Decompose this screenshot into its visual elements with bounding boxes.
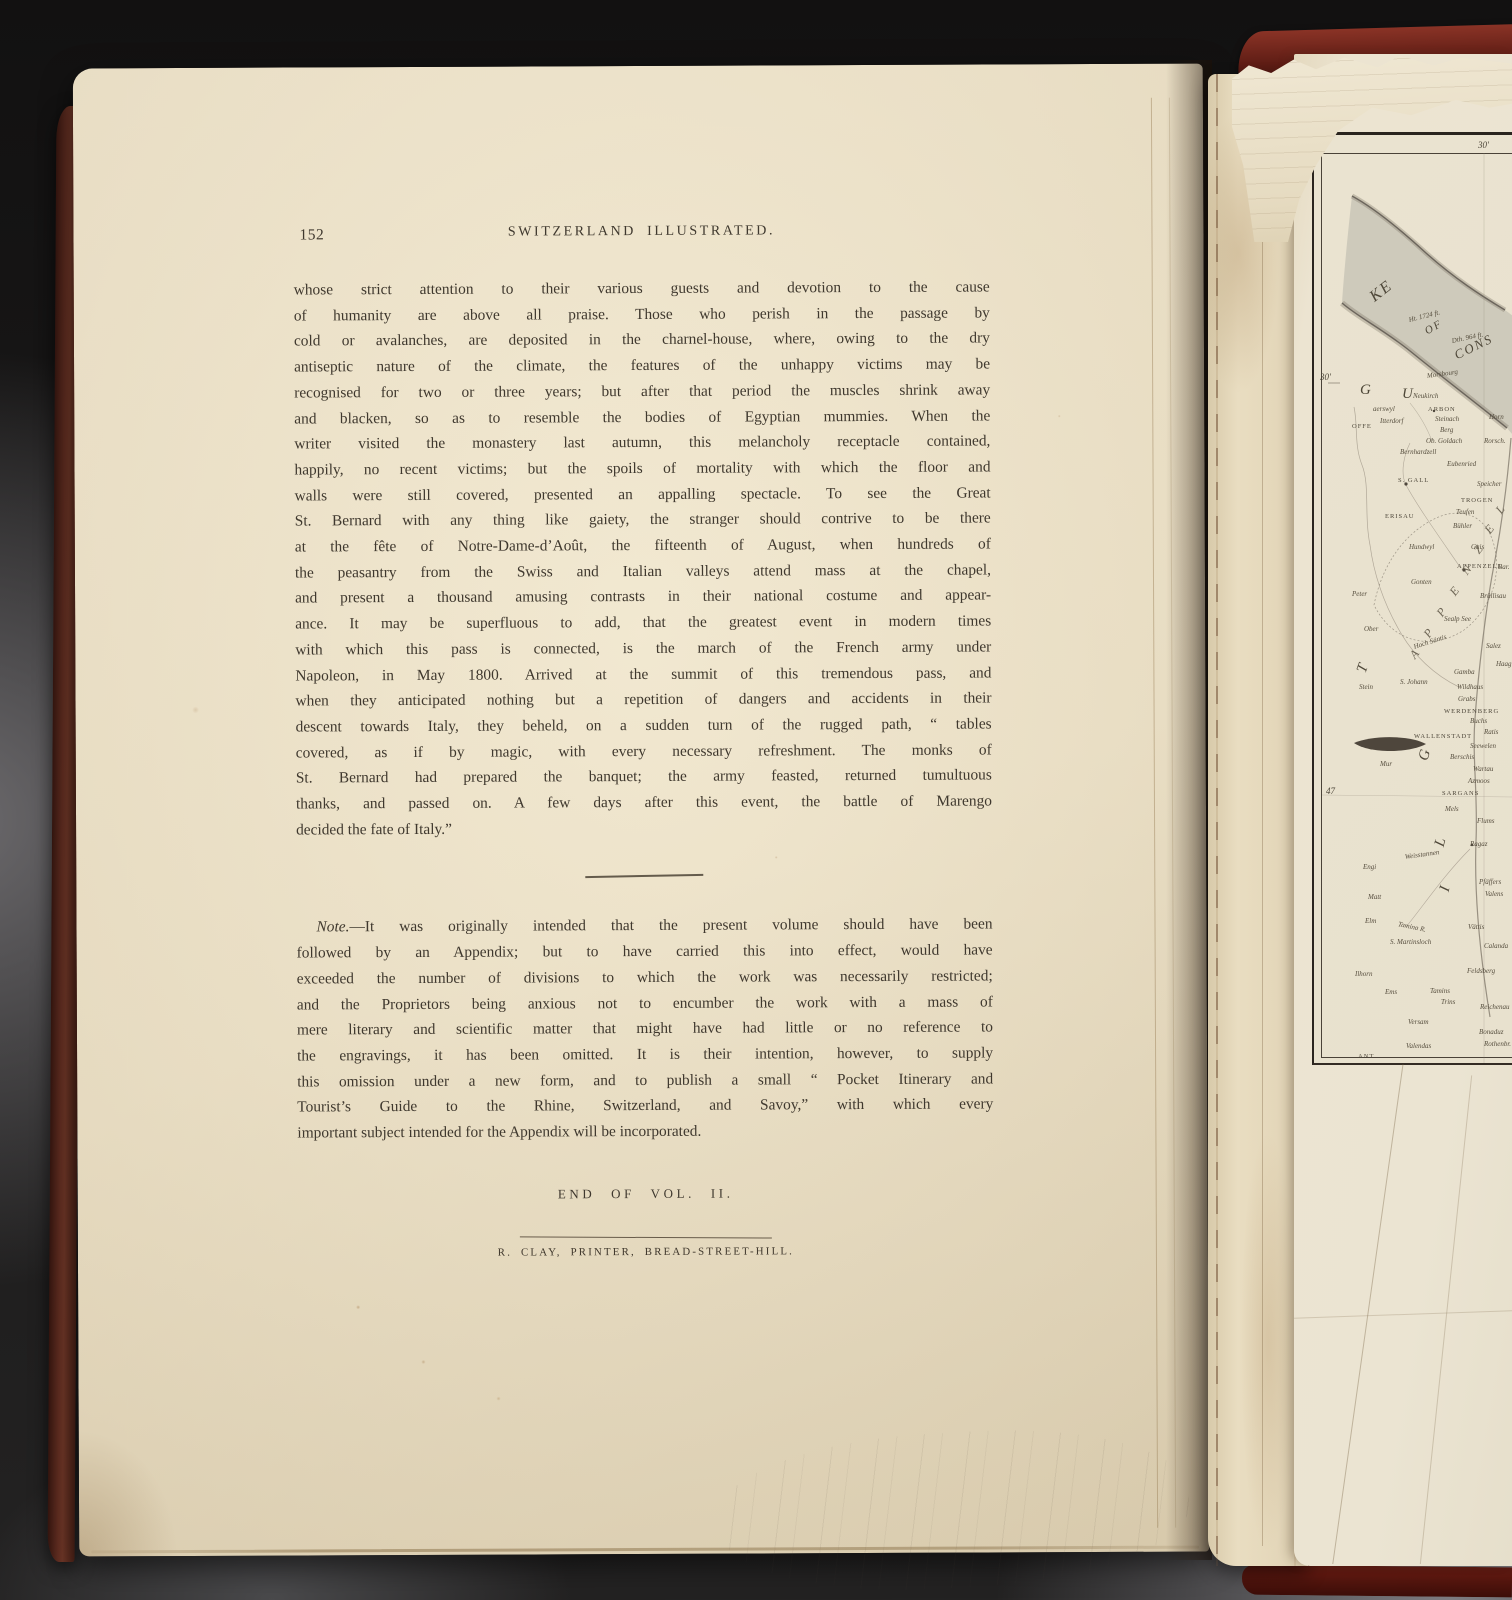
crease-line	[1417, 1075, 1472, 1564]
text-line: writer visited the monastery last autumn…	[294, 429, 990, 458]
map-label: Mels	[1445, 806, 1459, 813]
text-line: St. Bernard had prepared the banquet; th…	[296, 763, 992, 792]
page-header: 152 SWITZERLAND ILLUSTRATED.	[293, 222, 989, 245]
map-label: Azmoos	[1468, 778, 1490, 785]
pencil-scuff-marks	[715, 1419, 1193, 1600]
text-line: descent towards Italy, they beheld, on a…	[296, 711, 992, 740]
map-label: Speicher	[1477, 481, 1502, 488]
map-label: S. Johann	[1400, 679, 1428, 686]
map-label: Teufen	[1456, 509, 1474, 516]
map-label: KE	[1367, 278, 1396, 306]
map-label: Ragaz	[1470, 841, 1488, 848]
map-label: Ober	[1364, 626, 1378, 633]
map-label: TROGEN	[1461, 498, 1493, 505]
map-label: Gonten	[1411, 579, 1432, 586]
text-line: the peasantry from the Swiss and Italian…	[295, 557, 991, 586]
text-line: whose strict attention to their various …	[294, 274, 990, 303]
map-label: P	[1434, 606, 1448, 619]
map-label: Rorsch.	[1484, 438, 1506, 445]
text-line: Note.—It was originally intended that th…	[296, 912, 992, 941]
map-label: Grabs	[1458, 696, 1476, 703]
text-line: and the Proprietors being anxious not to…	[297, 989, 993, 1018]
map-label: Elm	[1365, 918, 1376, 925]
map-label: Stein	[1359, 684, 1373, 691]
map-label: P	[1421, 627, 1435, 640]
folded-map-sheet: 30'30'47KEOFCONSHt. 1724 ft.Dth. 964 ft.…	[1294, 54, 1512, 1566]
map-label: Wartau	[1473, 766, 1493, 773]
map-label: aerswyl	[1373, 406, 1395, 413]
text-line: mere literary and scientific matter that…	[297, 1015, 993, 1044]
map-label: Ilhorn	[1355, 971, 1373, 978]
map-label: Tamina R.	[1397, 921, 1426, 934]
map-label: Feldsberg	[1467, 968, 1495, 975]
map-label: Eubenried	[1447, 461, 1476, 468]
text-line: of humanity are above all praise. Those …	[294, 300, 990, 329]
map-label: Salez	[1486, 643, 1501, 650]
text-line: happily, no recent victims; but the spoi…	[294, 454, 990, 483]
map-label: Versam	[1408, 1019, 1429, 1026]
map-label: Seewelen	[1470, 743, 1496, 750]
text-line: the engravings, it has been omitted. It …	[297, 1040, 993, 1069]
map-frame: 30'30'47KEOFCONSHt. 1724 ft.Dth. 964 ft.…	[1312, 132, 1512, 1065]
map-label: OF	[1423, 318, 1445, 337]
end-of-volume-line: END OF VOL. II.	[298, 1184, 994, 1203]
text-line: decided the fate of Italy.”	[296, 814, 992, 843]
map-label: ARBON	[1428, 407, 1456, 414]
map-label: L	[1433, 835, 1450, 849]
map-label: WALLENSTADT	[1414, 734, 1472, 741]
map-label: Itterdorf	[1380, 418, 1403, 425]
crease-line	[1262, 84, 1263, 1546]
map-label: T	[1355, 660, 1373, 675]
photo-of-open-book: 152 SWITZERLAND ILLUSTRATED. whose stric…	[0, 0, 1512, 1600]
map-label: Tamins	[1430, 988, 1450, 995]
note-paragraph: Note.—It was originally intended that th…	[296, 912, 993, 1146]
crease-line	[1294, 1310, 1512, 1319]
page-number: 152	[299, 226, 324, 244]
map-label: Ratis	[1484, 729, 1498, 736]
map-label: G	[1360, 383, 1373, 398]
map-label: ANT	[1358, 1054, 1374, 1061]
text-line: and blacken, so as to resemble the bodie…	[294, 403, 990, 432]
map-label: Flums	[1477, 818, 1495, 825]
section-divider-rule	[585, 874, 703, 878]
text-line: thanks, and passed on. A few days after …	[296, 789, 992, 818]
text-line: walls were still covered, presented an a…	[295, 480, 991, 509]
map-label: Peter	[1352, 591, 1367, 598]
map-label: Buchs	[1470, 718, 1487, 725]
map-label: 30'	[1478, 141, 1489, 150]
map-label: Steinach	[1435, 416, 1459, 423]
map-label: Weisstannen	[1405, 849, 1440, 861]
imprint-rule	[520, 1236, 772, 1238]
map-label: Bonaduz	[1479, 1029, 1504, 1036]
map-label: G	[1417, 746, 1435, 762]
map-label: Haag	[1496, 661, 1512, 668]
map-label: Morsbourg	[1427, 369, 1459, 380]
map-label: Wildhaus	[1457, 684, 1483, 691]
map-label: Calanda	[1484, 943, 1508, 950]
running-title: SWITZERLAND ILLUSTRATED.	[293, 222, 989, 241]
torn-edge-line	[1216, 74, 1218, 1566]
text-line: with which this pass is connected, is th…	[295, 634, 991, 663]
map-label: Engi	[1363, 864, 1376, 871]
map-label: Berg	[1440, 427, 1453, 434]
text-column: 152 SWITZERLAND ILLUSTRATED. whose stric…	[293, 222, 994, 1259]
map-label: S. Martinsloch	[1390, 939, 1431, 946]
map-label: 47	[1326, 787, 1335, 796]
map-label: Trins	[1441, 999, 1455, 1006]
text-line: recognised for two or three years; but a…	[294, 377, 990, 406]
map-label: L	[1493, 503, 1507, 516]
map-label: Brüllisau	[1480, 593, 1506, 600]
printer-imprint: R. CLAY, PRINTER, BREAD-STREET-HILL.	[298, 1244, 994, 1259]
fore-edge-line	[1151, 98, 1158, 1528]
map-label: ERISAU	[1385, 514, 1414, 521]
text-line: exceeded the number of divisions to whic…	[297, 963, 993, 992]
map-label: WERDENBERG	[1444, 709, 1499, 716]
map-label: Ob. Goldach	[1426, 438, 1462, 445]
map-label: Vättis	[1468, 924, 1484, 931]
text-line: Tourist’s Guide to the Rhine, Switzerlan…	[297, 1092, 993, 1121]
map-label: Horn	[1489, 414, 1504, 421]
map-label: Gamba	[1454, 669, 1475, 676]
note-lead: Note.	[316, 919, 349, 936]
map-label: Mur	[1380, 761, 1392, 768]
map-label: Bernhardzell	[1400, 449, 1436, 456]
map-label: Bühler	[1453, 523, 1472, 530]
text-line: when they anticipated nothing but a repe…	[295, 686, 991, 715]
book-cover-bottom-edge	[1242, 1565, 1512, 1598]
map-label: Valens	[1485, 891, 1503, 898]
text-line: at the fête of Notre-Dame-d’Août, the fi…	[295, 532, 991, 561]
body-paragraph: whose strict attention to their various …	[294, 274, 992, 843]
text-line: important subject intended for the Appen…	[297, 1118, 993, 1147]
map-label: OFFE	[1352, 424, 1372, 431]
fold-creases	[1294, 1064, 1512, 1564]
note-first-rest: —It was originally intended that the pre…	[349, 916, 992, 936]
text-line: covered, as if by magic, with every nece…	[296, 737, 992, 766]
map-label: Neukirch	[1413, 393, 1438, 400]
map-label: Ems	[1385, 989, 1397, 996]
text-line: ance. It may be superfluous to add, that…	[295, 609, 991, 638]
map-labels-layer: 30'30'47KEOFCONSHt. 1724 ft.Dth. 964 ft.…	[1314, 135, 1512, 1063]
torn-page-stub	[1208, 74, 1308, 1566]
map-label: Bar.	[1498, 564, 1509, 571]
text-line: this omission under a new form, and to p…	[297, 1066, 993, 1095]
text-line: St. Bernard with any thing like gaiety, …	[295, 506, 991, 535]
map-label: E	[1447, 585, 1461, 598]
text-line: Napoleon, in May 1800. Arrived at the su…	[295, 660, 991, 689]
map-label: SARGANS	[1442, 791, 1479, 798]
map-label: I	[1438, 883, 1454, 894]
map-label: Pfäffers	[1479, 879, 1501, 886]
map-label: Rothenbr.	[1484, 1041, 1511, 1048]
map-label: S. GALL	[1398, 478, 1429, 485]
left-book-page: 152 SWITZERLAND ILLUSTRATED. whose stric…	[73, 64, 1209, 1557]
text-line: followed by an Appendix; but to have car…	[297, 938, 993, 967]
map-label: Reichenau	[1480, 1004, 1510, 1011]
map-label: 30'	[1320, 373, 1331, 382]
map-label: Valendas	[1406, 1043, 1431, 1050]
map-label: Berschis	[1450, 754, 1474, 761]
map-label: Sealp See	[1444, 616, 1471, 623]
gutter-shadow	[1166, 60, 1212, 1560]
text-line: and present a thousand amusing contrasts…	[295, 583, 991, 612]
map-label: E	[1482, 523, 1496, 536]
map-label: Matt	[1368, 894, 1381, 901]
text-line: cold or avalanches, are deposited in the…	[294, 326, 990, 355]
text-line: antiseptic nature of the climate, the fe…	[294, 352, 990, 381]
map-label: Hundwyl	[1409, 544, 1434, 551]
